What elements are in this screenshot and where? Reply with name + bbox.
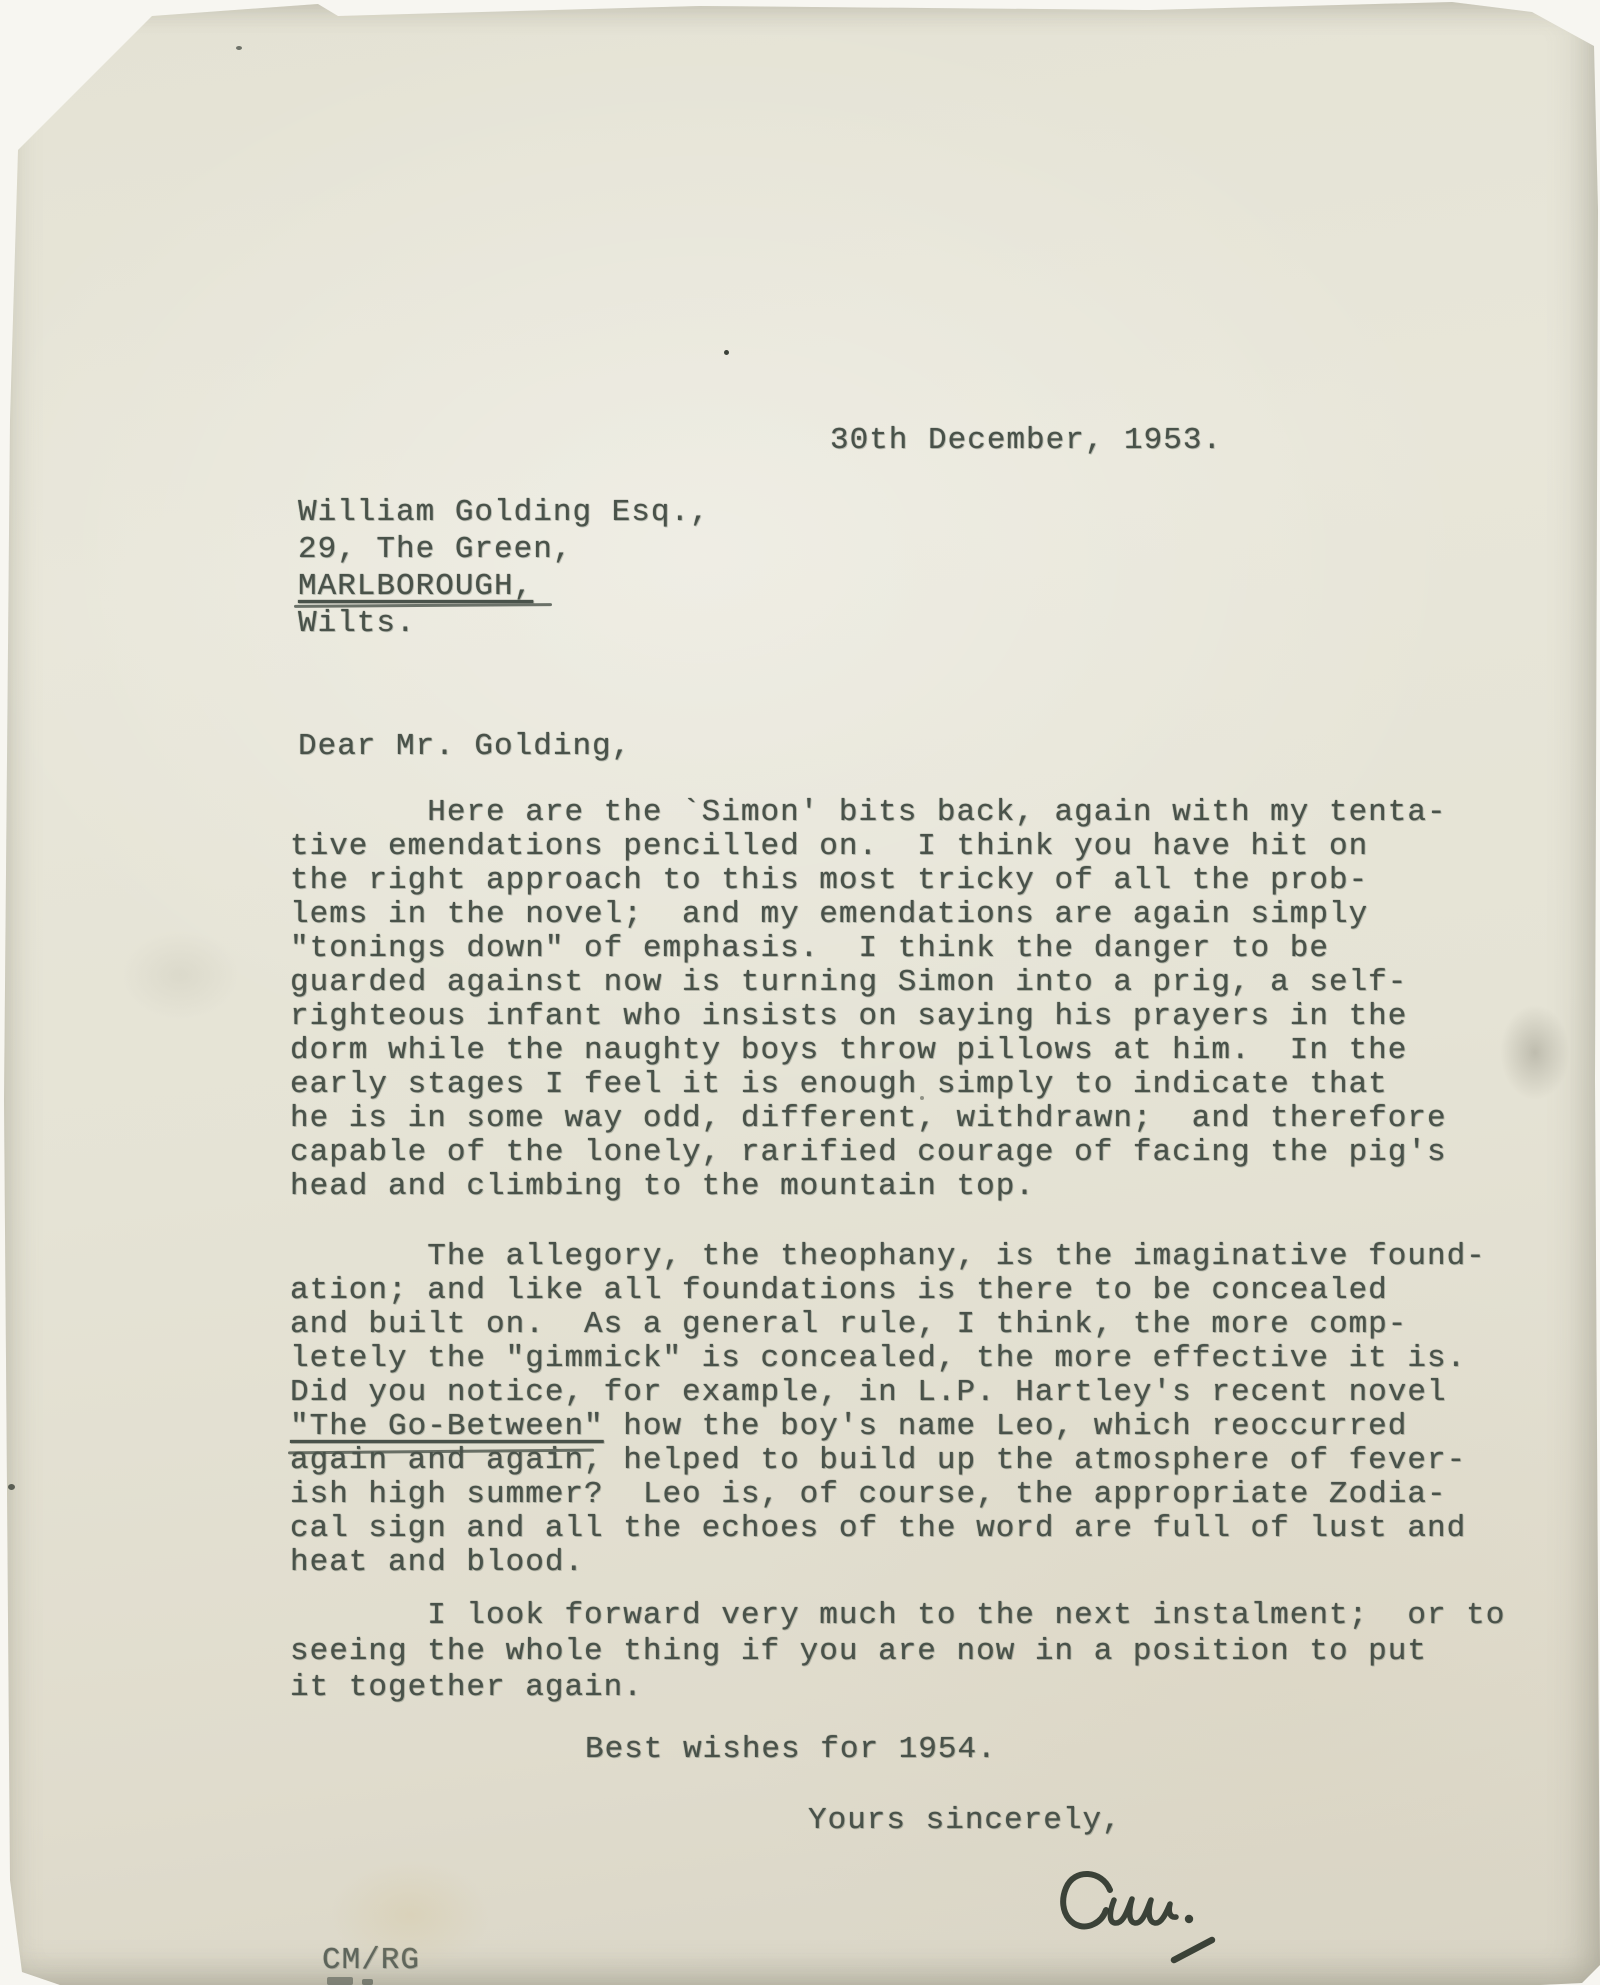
letter-date: 30th December, 1953. — [830, 424, 1222, 458]
valediction: Yours sincerely, — [808, 1804, 1122, 1838]
signature-underline-stroke — [1174, 1940, 1212, 1960]
ink-speck — [236, 46, 242, 50]
paragraph-1: Here are the `Simon' bits back, again wi… — [290, 796, 1447, 1204]
go-between-title-underlined: "The Go-Between" — [290, 1409, 604, 1444]
ink-speck — [724, 350, 729, 355]
paragraph-2: The allegory, the theophany, is the imag… — [290, 1240, 1486, 1580]
smudge-stain — [1500, 1005, 1570, 1100]
letter-scan-page: 30th December, 1953. William Golding Esq… — [0, 0, 1600, 1985]
edge-speck — [8, 1484, 15, 1490]
salutation: Dear Mr. Golding, — [298, 730, 631, 764]
clipped-text-fragment — [362, 1979, 373, 1985]
paragraph-2-pre: The allegory, the theophany, is the imag… — [290, 1239, 1486, 1410]
faint-stain — [120, 930, 240, 1020]
typist-reference: CM/RG — [322, 1944, 420, 1978]
recipient-address-lines: William Golding Esq., 29, The Green, — [298, 495, 710, 567]
signature-scribble — [1048, 1856, 1258, 1976]
letter-paper: 30th December, 1953. William Golding Esq… — [0, 0, 1600, 1985]
recipient-city: MARLBOROUGH, — [298, 569, 533, 604]
paragraph-3: I look forward very much to the next ins… — [290, 1598, 1505, 1706]
recipient-county: Wilts. — [298, 606, 416, 641]
recipient-address: William Golding Esq., 29, The Green, MAR… — [298, 494, 710, 642]
best-wishes-line: Best wishes for 1954. — [585, 1733, 997, 1767]
signature-ink-icon — [1048, 1856, 1258, 1976]
clipped-text-fragment — [327, 1977, 353, 1985]
